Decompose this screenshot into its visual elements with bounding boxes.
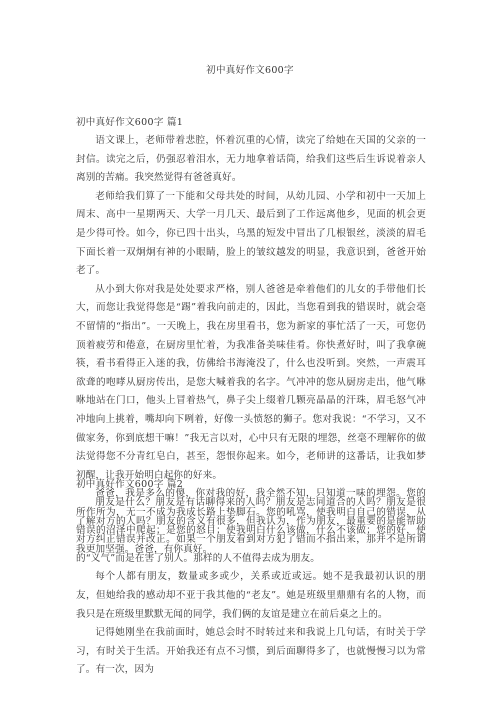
document-page: 初中真好作文600字 初中真好作文600字 篇1 语文课上，老师带着悲腔，怀着沉…: [0, 0, 500, 708]
paragraph: 每个人都有朋友，数量或多或少，关系或近或远。她不是我最初认识的朋友，但她给我的感…: [76, 568, 426, 624]
document-title: 初中真好作文600字: [0, 62, 500, 76]
section-heading-1: 初中真好作文600字 篇1: [76, 114, 183, 128]
section-body-2: 朋友是什么？朋友是有话聊得来的人吗？朋友是志同道合的人吗？朋友是很了解对方的人吗…: [76, 494, 426, 680]
paragraph: 记得她刚坐在我前面时，她总会时不时转过来和我说上几句话，有时关于学习，有时关于生…: [76, 624, 426, 680]
paragraph: 朋友是什么？朋友是有话聊得来的人吗？朋友是志同道合的人吗？朋友是很了解对方的人吗…: [76, 494, 426, 568]
section-heading-2: 初中真好作文600字 篇2: [76, 476, 183, 490]
paragraph: 语文课上，老师带着悲腔，怀着沉重的心情，读完了给她在天国的父亲的一封信。读完之后…: [76, 132, 426, 188]
paragraph: 从小到大你对我是处处要求严格，别人爸爸是牵着他们的儿女的手带他们长大，而您让我觉…: [76, 281, 426, 486]
paragraph: 老师给我们算了一下能和父母共处的时间，从幼儿园、小学和初中一天加上周末、高中一星…: [76, 188, 426, 281]
